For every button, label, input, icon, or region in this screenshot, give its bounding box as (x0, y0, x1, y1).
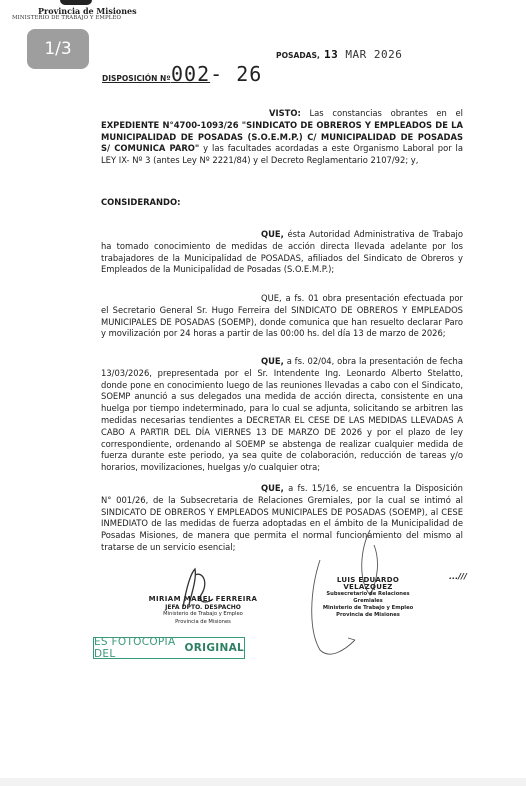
signer-org: Ministerio de Trabajo y Empleo (143, 611, 263, 619)
signer-org: Ministerio de Trabajo y Empleo (318, 605, 418, 612)
paragraph-lead: QUE, (261, 229, 284, 239)
place-label: POSADAS, (276, 51, 320, 60)
disposition-year: - 26 (210, 62, 262, 86)
date-stamp-month-year: MAR 2026 (345, 48, 402, 61)
signer-title: JEFA DPTO. DESPACHO (143, 604, 263, 612)
continuation-mark: .../// (449, 572, 467, 581)
disposition-number-value: 002 (171, 62, 210, 86)
paragraph-text: a fs. 02/04, obra la presentación de fec… (101, 356, 463, 472)
paragraph-lead: QUE, (261, 356, 284, 366)
document-page: Provincia de Misiones MINISTERIO DE TRAB… (0, 0, 526, 778)
signer-name: MIRIAM MABEL FERREIRA (143, 596, 263, 604)
visto-paragraph: VISTO: Las constancias obrantes en el EX… (101, 108, 463, 167)
considerando-paragraph-1: QUE, ésta Autoridad Administrativa de Tr… (101, 229, 463, 276)
page-indicator: 1/3 (27, 29, 89, 69)
viewer-bottom-bar (0, 778, 526, 786)
paragraph-lead: QUE, (261, 293, 282, 303)
visto-text-start: Las constancias obrantes en el (310, 108, 464, 118)
signer-name: LUIS EDUARDO VELAZQUEZ (318, 577, 418, 591)
signature-block-1: MIRIAM MABEL FERREIRA JEFA DPTO. DESPACH… (143, 596, 263, 626)
certified-copy-stamp: ES FOTOCOPIA DEL ORIGINAL (93, 637, 245, 659)
considerando-paragraph-3: QUE, a fs. 02/04, obra la presentación d… (101, 356, 463, 474)
considerando-paragraph-2: QUE, a fs. 01 obra presentación efectuad… (101, 293, 463, 340)
disposition-label: DISPOSICIÓN Nº (102, 74, 171, 83)
paragraph-lead: QUE, (261, 483, 284, 493)
signer-title: Subsecretario de Relaciones Gremiales (318, 591, 418, 605)
paragraph-text: a fs. 01 obra presentación efectuada por… (101, 293, 463, 338)
considerando-heading: CONSIDERANDO: (101, 197, 180, 207)
coat-of-arms-icon (60, 0, 92, 5)
date-stamp: 13 MAR 2026 (324, 48, 402, 61)
signer-province: Provincia de Misiones (143, 619, 263, 627)
letterhead-ministry: MINISTERIO DE TRABAJO Y EMPLEO (12, 15, 121, 21)
stamp-text-bold: ORIGINAL (185, 642, 244, 654)
visto-lead: VISTO: (269, 108, 301, 118)
signer-province: Provincia de Misiones (318, 612, 418, 619)
stamp-text: ES FOTOCOPIA DEL (94, 636, 181, 660)
date-stamp-day: 13 (324, 48, 338, 61)
signature-block-2: LUIS EDUARDO VELAZQUEZ Subsecretario de … (318, 577, 418, 619)
disposition-number: 002- 26 (171, 62, 262, 86)
